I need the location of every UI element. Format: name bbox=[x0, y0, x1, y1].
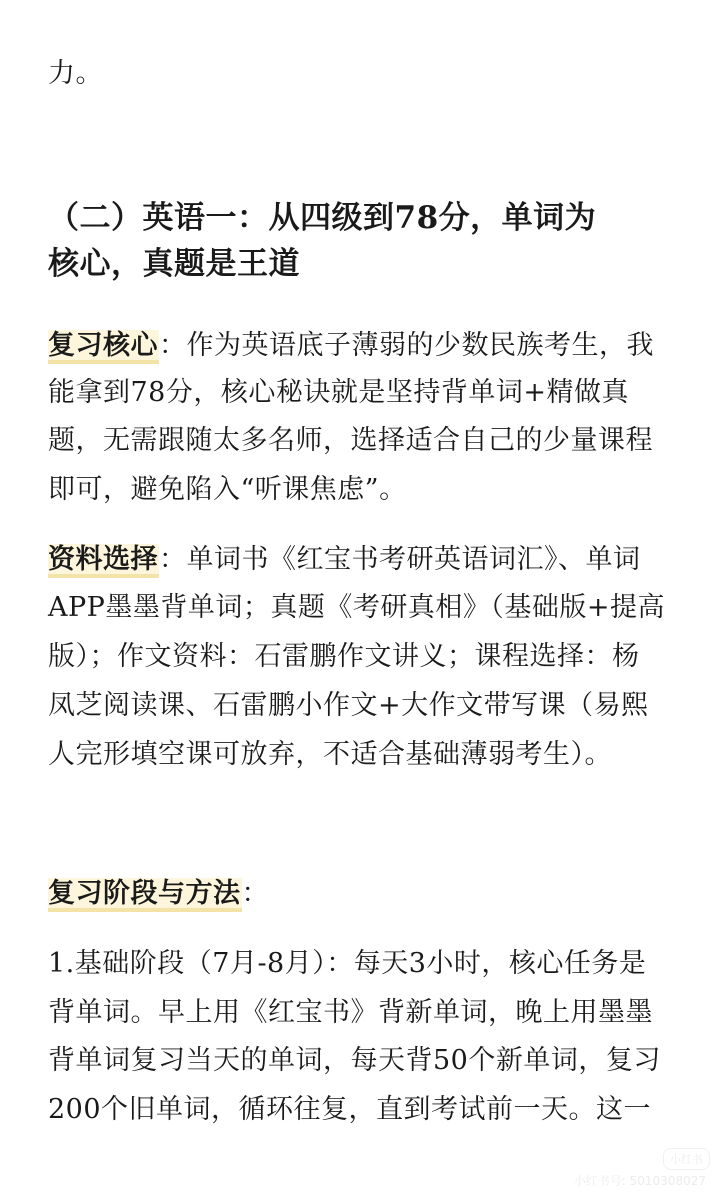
materials-paragraph-line-1: 资料选择：单词书《红宝书考研英语词汇》、单词 bbox=[48, 542, 641, 578]
review-core-label: 复习核心 bbox=[48, 330, 159, 364]
materials-label: 资料选择 bbox=[48, 544, 159, 578]
stages-label: 复习阶段与方法 bbox=[48, 878, 242, 912]
materials-paragraph-line-4: 凤芝阅读课、石雷鹏小作文+大作文带写课（易熙 bbox=[48, 688, 649, 724]
section-heading-line-1: （二）英语一：从四级到78分，单词为 bbox=[48, 198, 596, 238]
review-core-paragraph-line-2: 能拿到78分，核心秘诀就是坚持背单词+精做真 bbox=[48, 375, 629, 411]
materials-paragraph-line-2: APP墨墨背单词；真题《考研真相》（基础版+提高 bbox=[48, 590, 665, 626]
review-core-paragraph-line-1: 复习核心：作为英语底子薄弱的少数民族考生，我 bbox=[48, 328, 654, 364]
materials-text-1: 单词书《红宝书考研英语词汇》、单词 bbox=[187, 544, 641, 575]
stages-heading: 复习阶段与方法： bbox=[48, 876, 269, 912]
stages-paragraph-line-3: 背单词复习当天的单词，每天背50个新单词，复习 bbox=[48, 1043, 661, 1079]
stages-paragraph-line-4: 200个旧单词，循环往复，直到考试前一天。这一 bbox=[48, 1092, 651, 1128]
materials-paragraph-line-3: 版）；作文资料：石雷鹏作文讲义；课程选择：杨 bbox=[48, 639, 640, 675]
review-core-colon: ： bbox=[159, 330, 187, 361]
review-core-paragraph-line-4: 即可，避免陷入“听课焦虑”。 bbox=[48, 472, 407, 508]
review-core-text-1: 作为英语底子薄弱的少数民族考生，我 bbox=[187, 330, 655, 361]
lead-fragment: 力。 bbox=[48, 56, 103, 92]
materials-colon: ： bbox=[159, 544, 187, 575]
section-heading-line-2: 核心，真题是王道 bbox=[48, 244, 300, 284]
watermark-id: 小红书号: 5010308027 bbox=[574, 1172, 706, 1189]
stages-colon: ： bbox=[242, 878, 270, 909]
review-core-paragraph-line-3: 题，无需跟随太多名师，选择适合自己的少量课程 bbox=[48, 423, 653, 459]
stages-paragraph-line-2: 背单词。早上用《红宝书》背新单词，晚上用墨墨 bbox=[48, 995, 653, 1031]
watermark-logo: 小红书 bbox=[663, 1148, 710, 1170]
stages-paragraph-line-1: 1.基础阶段（7月-8月）：每天3小时，核心任务是 bbox=[48, 946, 646, 982]
materials-paragraph-line-5: 人完形填空课可放弃，不适合基础薄弱考生）。 bbox=[48, 737, 612, 773]
